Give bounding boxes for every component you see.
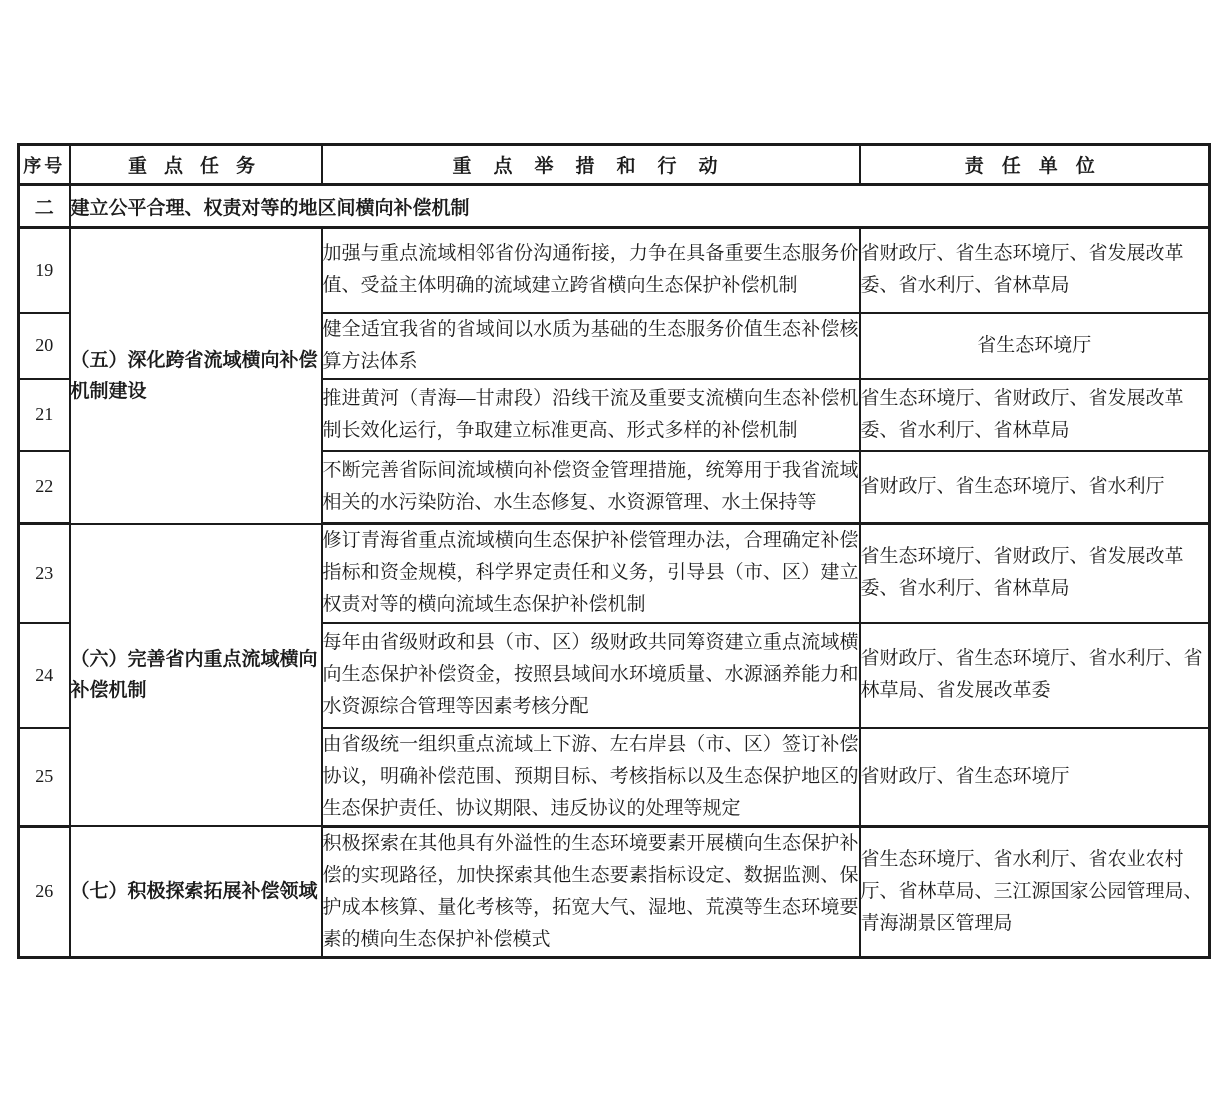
- unit-text: 省财政厅、省生态环境厅: [860, 728, 1210, 827]
- header-key-tasks: 重点任务: [70, 145, 322, 185]
- row-number: 19: [19, 228, 70, 313]
- header-serial-number: 序号: [19, 145, 70, 185]
- measure-text: 积极探索在其他具有外溢性的生态环境要素开展横向生态保护补偿的实现路径，加快探索其…: [322, 826, 860, 957]
- task-group-5: （五）深化跨省流域横向补偿机制建设: [70, 228, 322, 524]
- unit-text: 省财政厅、省生态环境厅、省发展改革委、省水利厅、省林草局: [860, 228, 1210, 313]
- row-number: 26: [19, 826, 70, 957]
- header-responsible-units: 责任单位: [860, 145, 1210, 185]
- measure-text: 健全适宜我省的省域间以水质为基础的生态服务价值生态补偿核算方法体系: [322, 313, 860, 379]
- unit-text: 省生态环境厅: [860, 313, 1210, 379]
- measure-text: 加强与重点流域相邻省份沟通衔接，力争在具备重要生态服务价值、受益主体明确的流域建…: [322, 228, 860, 313]
- section-row: 二 建立公平合理、权责对等的地区间横向补偿机制: [19, 185, 1210, 228]
- measure-text: 推进黄河（青海—甘肃段）沿线干流及重要支流横向生态补偿机制长效化运行，争取建立标…: [322, 379, 860, 451]
- unit-text: 省生态环境厅、省财政厅、省发展改革委、省水利厅、省林草局: [860, 379, 1210, 451]
- header-key-measures: 重点举措和行动: [322, 145, 860, 185]
- row-number: 20: [19, 313, 70, 379]
- measure-text: 由省级统一组织重点流域上下游、左右岸县（市、区）签订补偿协议，明确补偿范围、预期…: [322, 728, 860, 827]
- section-number: 二: [19, 185, 70, 228]
- table-row: 26 （七）积极探索拓展补偿领域 积极探索在其他具有外溢性的生态环境要素开展横向…: [19, 826, 1210, 957]
- measure-text: 每年由省级财政和县（市、区）级财政共同筹资建立重点流域横向生态保护补偿资金，按照…: [322, 623, 860, 728]
- task-group-7: （七）积极探索拓展补偿领域: [70, 826, 322, 957]
- measure-text: 修订青海省重点流域横向生态保护补偿管理办法，合理确定补偿指标和资金规模，科学界定…: [322, 524, 860, 623]
- header-row: 序号 重点任务 重点举措和行动 责任单位: [19, 145, 1210, 185]
- measure-text: 不断完善省际间流域横向补偿资金管理措施，统筹用于我省流域相关的水污染防治、水生态…: [322, 451, 860, 524]
- section-title: 建立公平合理、权责对等的地区间横向补偿机制: [70, 185, 1210, 228]
- unit-text: 省财政厅、省生态环境厅、省水利厅、省林草局、省发展改革委: [860, 623, 1210, 728]
- compensation-tasks-table: 序号 重点任务 重点举措和行动 责任单位 二 建立公平合理、权责对等的地区间横向…: [17, 143, 1211, 959]
- table-row: 23 （六）完善省内重点流域横向补偿机制 修订青海省重点流域横向生态保护补偿管理…: [19, 524, 1210, 623]
- row-number: 25: [19, 728, 70, 827]
- unit-text: 省财政厅、省生态环境厅、省水利厅: [860, 451, 1210, 524]
- task-group-6: （六）完善省内重点流域横向补偿机制: [70, 524, 322, 827]
- unit-text: 省生态环境厅、省水利厅、省农业农村厅、省林草局、三江源国家公园管理局、青海湖景区…: [860, 826, 1210, 957]
- unit-text: 省生态环境厅、省财政厅、省发展改革委、省水利厅、省林草局: [860, 524, 1210, 623]
- row-number: 22: [19, 451, 70, 524]
- row-number: 24: [19, 623, 70, 728]
- row-number: 21: [19, 379, 70, 451]
- row-number: 23: [19, 524, 70, 623]
- table-row: 19 （五）深化跨省流域横向补偿机制建设 加强与重点流域相邻省份沟通衔接，力争在…: [19, 228, 1210, 313]
